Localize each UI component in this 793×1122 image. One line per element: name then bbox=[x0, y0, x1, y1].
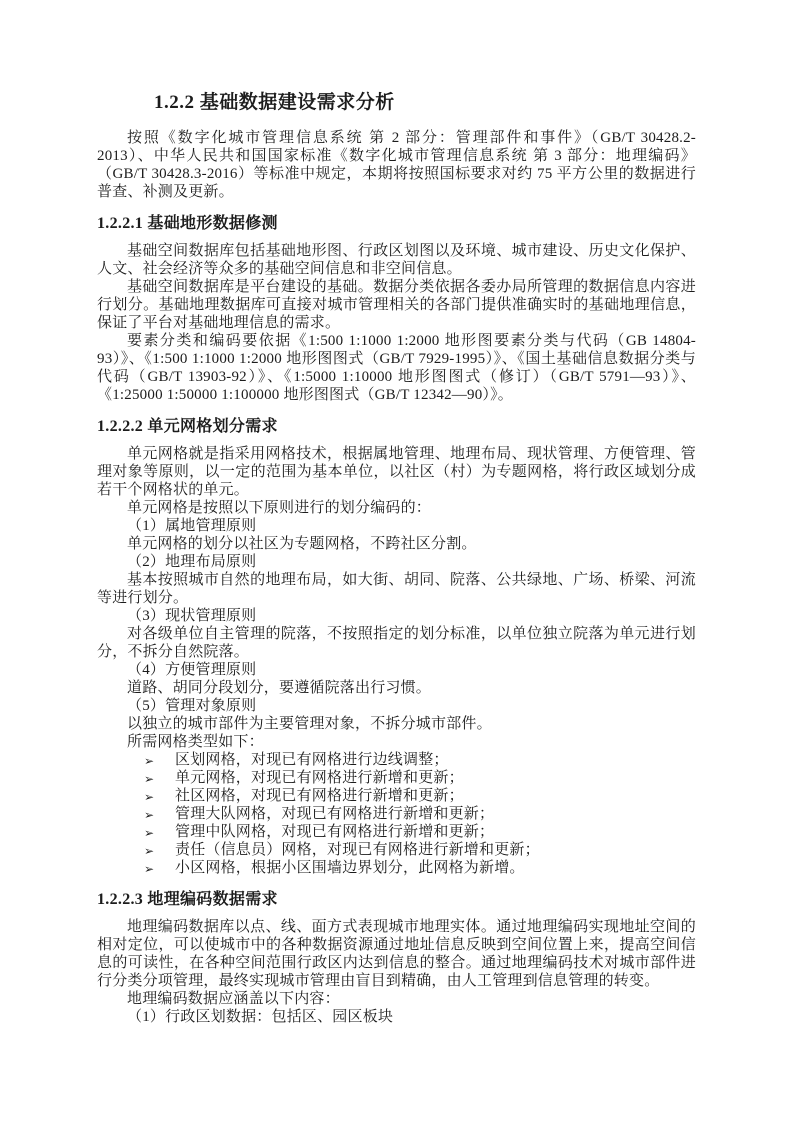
paragraph: 道路、胡同分段划分，要遵循院落出行习惯。 bbox=[97, 679, 696, 697]
list-item: ➢ 小区网格，根据小区围墙边界划分，此网格为新增。 bbox=[97, 859, 696, 877]
arrow-bullet-icon: ➢ bbox=[144, 806, 154, 824]
list-item-text: 社区网格，对现已有网格进行新增和更新； bbox=[175, 788, 464, 804]
list-item-text: 责任（信息员）网格，对现已有网格进行新增和更新； bbox=[175, 842, 540, 858]
list-item: ➢ 责任（信息员）网格，对现已有网格进行新增和更新； bbox=[97, 841, 696, 859]
paragraph: 单元网格的划分以社区为专题网格，不跨社区分割。 bbox=[97, 535, 696, 553]
arrow-bullet-icon: ➢ bbox=[144, 788, 154, 806]
list-item: ➢ 社区网格，对现已有网格进行新增和更新； bbox=[97, 787, 696, 805]
paragraph: 基础空间数据库是平台建设的基础。数据分类依据各委办局所管理的数据信息内容进行划分… bbox=[97, 278, 696, 332]
arrow-bullet-icon: ➢ bbox=[144, 860, 154, 878]
intro-paragraph: 按照《数字化城市管理信息系统 第 2 部分：管理部件和事件》（GB/T 3042… bbox=[97, 129, 696, 201]
numbered-item-1: （1）行政区划数据：包括区、园区板块 bbox=[97, 1008, 696, 1026]
section-title: 1.2.2 基础数据建设需求分析 bbox=[154, 90, 696, 116]
paragraph: 要素分类和编码要依据《1:500 1:1000 1:2000 地形图要素分类与代… bbox=[97, 332, 696, 404]
paragraph: 基础空间数据库包括基础地形图、行政区划图以及环境、城市建设、历史文化保护、人文、… bbox=[97, 242, 696, 278]
list-item: ➢ 区划网格，对现已有网格进行边线调整； bbox=[97, 751, 696, 769]
numbered-principle-1: （1）属地管理原则 bbox=[97, 517, 696, 535]
numbered-principle-2: （2）地理布局原则 bbox=[97, 553, 696, 571]
list-item-text: 小区网格，根据小区围墙边界划分，此网格为新增。 bbox=[175, 860, 525, 876]
numbered-principle-5: （5）管理对象原则 bbox=[97, 697, 696, 715]
paragraph: 单元网格是按照以下原则进行的划分编码的： bbox=[97, 499, 696, 517]
paragraph: 基本按照城市自然的地理布局，如大街、胡同、院落、公共绿地、广场、桥梁、河流等进行… bbox=[97, 571, 696, 607]
paragraph: 地理编码数据库以点、线、面方式表现城市地理实体。通过地理编码实现地址空间的相对定… bbox=[97, 918, 696, 990]
numbered-principle-3: （3）现状管理原则 bbox=[97, 607, 696, 625]
subsection-heading-terrain-data: 1.2.2.1 基础地形数据修测 bbox=[97, 213, 696, 234]
list-intro: 地理编码数据应涵盖以下内容： bbox=[97, 990, 696, 1008]
list-item: ➢ 管理大队网格，对现已有网格进行新增和更新； bbox=[97, 805, 696, 823]
paragraph: 以独立的城市部件为主要管理对象，不拆分城市部件。 bbox=[97, 715, 696, 733]
paragraph: 对各级单位自主管理的院落，不按照指定的划分标准，以单位独立院落为单元进行划分，不… bbox=[97, 625, 696, 661]
paragraph: 单元网格就是指采用网格技术，根据属地管理、地理布局、现状管理、方便管理、管理对象… bbox=[97, 445, 696, 499]
numbered-principle-4: （4）方便管理原则 bbox=[97, 661, 696, 679]
arrow-bullet-icon: ➢ bbox=[144, 770, 154, 788]
list-item-text: 管理中队网格，对现已有网格进行新增和更新； bbox=[175, 824, 494, 840]
arrow-bullet-icon: ➢ bbox=[144, 842, 154, 860]
list-item-text: 管理大队网格，对现已有网格进行新增和更新； bbox=[175, 806, 494, 822]
list-item-text: 区划网格，对现已有网格进行边线调整； bbox=[175, 752, 449, 768]
arrow-bullet-icon: ➢ bbox=[144, 752, 154, 770]
list-item: ➢ 单元网格，对现已有网格进行新增和更新； bbox=[97, 769, 696, 787]
list-intro: 所需网格类型如下： bbox=[97, 733, 696, 751]
subsection-heading-unit-grid: 1.2.2.2 单元网格划分需求 bbox=[97, 416, 696, 437]
list-item-text: 单元网格，对现已有网格进行新增和更新； bbox=[175, 770, 464, 786]
document-page: 1.2.2 基础数据建设需求分析 按照《数字化城市管理信息系统 第 2 部分：管… bbox=[0, 0, 793, 1122]
list-item: ➢ 管理中队网格，对现已有网格进行新增和更新； bbox=[97, 823, 696, 841]
subsection-heading-geocoding-data: 1.2.2.3 地理编码数据需求 bbox=[97, 889, 696, 910]
arrow-bullet-icon: ➢ bbox=[144, 824, 154, 842]
